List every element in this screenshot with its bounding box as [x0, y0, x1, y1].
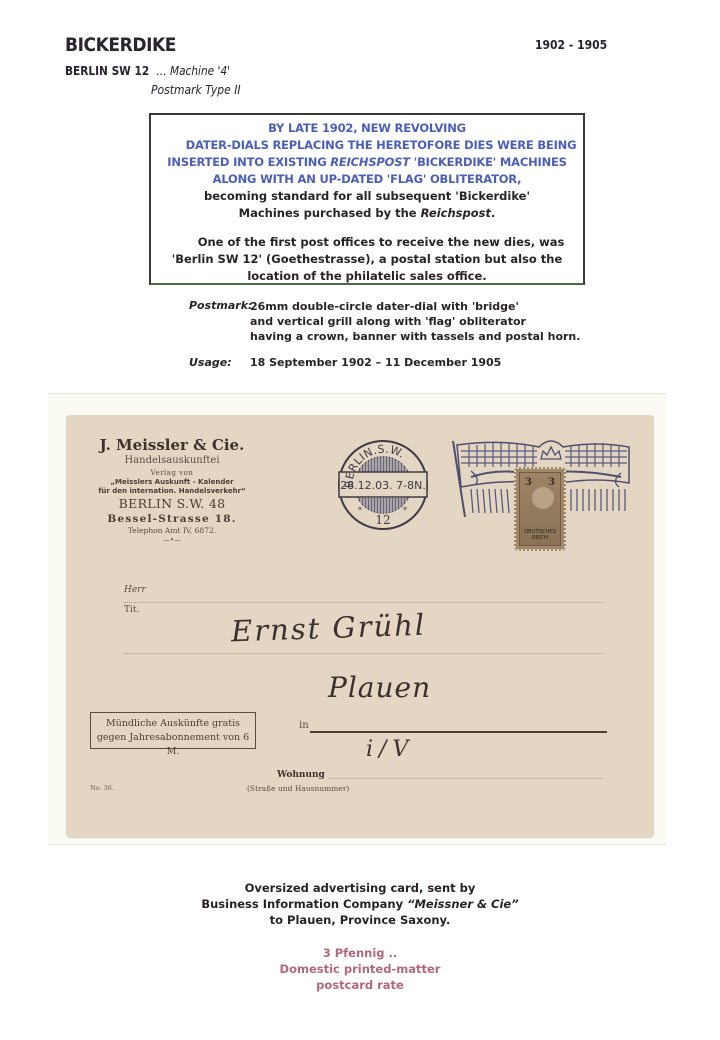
postage-stamp: 3 3 DEUTSCHES REICH — [514, 467, 566, 551]
date-range: 1902 - 1905 — [535, 38, 607, 52]
postmark-line: 26mm double-circle dater-dial with 'brid… — [250, 299, 580, 314]
caption-text: Business Information Company — [201, 897, 407, 911]
info-line: DATER-DIALS REPLACING THE HERETOFORE DIE… — [151, 137, 583, 154]
info-text: INSERTED INTO EXISTING — [167, 155, 330, 169]
rate-line: 3 Pfennig .. — [0, 945, 720, 961]
rate-line: postcard rate — [0, 977, 720, 993]
info-line: ALONG WITH AN UP-DATED 'FLAG' OBLITERATO… — [151, 171, 583, 188]
postcard: J. Meissler & Cie. Handelsauskunftei Ver… — [66, 415, 654, 837]
office-name: BERLIN SW 12 — [65, 64, 149, 78]
usage-dates: 18 September 1902 – 11 December 1905 — [250, 356, 501, 369]
info-text: . — [491, 206, 495, 220]
machine-label: ... Machine '4' — [157, 64, 231, 78]
star-icon: * — [358, 506, 362, 515]
sender-line: „Meisslers Auskunft - Kalender — [88, 479, 256, 486]
star-icon: * — [403, 506, 407, 515]
info-line: Machines purchased by the Reichspost. — [151, 205, 583, 222]
ornament: —•— — [88, 537, 256, 544]
stamp-value: 3 — [525, 477, 532, 488]
ad-line: Mündliche Auskünfte gratis — [91, 717, 255, 731]
info-line: becoming standard for all subsequent 'Bi… — [151, 188, 583, 205]
recipient-name: Ernst Grühl — [230, 608, 426, 649]
info-box: BY LATE 1902, NEW REVOLVING DATER-DIALS … — [149, 113, 585, 285]
sender-imprint: J. Meissler & Cie. Handelsauskunftei Ver… — [88, 438, 256, 544]
postmark-dater-dial-icon: 28.12.03. 7-8N. BERLIN.S.W. 12 * * — [336, 438, 430, 532]
recipient-city: Plauen — [328, 671, 431, 704]
caption-line: Business Information Company “Meissner &… — [0, 896, 720, 912]
caption-line: to Plauen, Province Saxony. — [0, 912, 720, 928]
postmark-description: 26mm double-circle dater-dial with 'brid… — [250, 299, 580, 344]
address-line — [124, 602, 604, 603]
postmark-number: 12 — [375, 513, 390, 527]
wohnung-line — [328, 778, 603, 779]
salutation: Herr — [124, 585, 146, 595]
postmark-line: and vertical grill along with 'flag' obl… — [250, 314, 580, 329]
card-caption: Oversized advertising card, sent by Busi… — [0, 880, 720, 928]
wohnung-sublabel: (Straße und Hausnummer) — [247, 784, 349, 793]
info-emphasis: Reichspost — [421, 206, 491, 220]
info-text: 'BICKERDIKE' MACHINES — [410, 155, 567, 169]
stamp-label: DEUTSCHES REICH — [520, 529, 560, 541]
rate-line: Domestic printed-matter — [0, 961, 720, 977]
germania-portrait-icon — [532, 487, 554, 509]
sender-line: für den internation. Handelsverkehr“ — [88, 488, 256, 495]
postmark-type: Postmark Type II — [151, 83, 241, 97]
caption-emphasis: “Meissner & Cie” — [407, 897, 519, 911]
recipient-region: i/V — [366, 737, 414, 762]
city-line — [310, 731, 607, 733]
sender-street: Bessel-Strasse 18. — [88, 514, 256, 525]
title-abbrev: Tit. — [124, 605, 139, 615]
sender-city: BERLIN S.W. 48 — [88, 498, 256, 511]
form-number: No. 36. — [90, 784, 114, 792]
info-line: One of the first post offices to receive… — [151, 234, 583, 251]
info-line: location of the philatelic sales office. — [151, 268, 583, 285]
subtitle-office: BERLIN SW 12 ... Machine '4' — [65, 64, 230, 78]
stamp-value: 3 — [548, 477, 555, 488]
postmark-line: having a crown, banner with tassels and … — [250, 329, 580, 344]
info-line: 'Berlin SW 12' (Goethestrasse), a postal… — [151, 251, 583, 268]
sender-line: Handelsauskunftei — [88, 456, 256, 466]
sender-firm: J. Meissler & Cie. — [88, 438, 256, 453]
wohnung-label: Wohnung — [277, 770, 325, 780]
caption-line: Oversized advertising card, sent by — [0, 880, 720, 896]
info-emphasis: REICHSPOST — [330, 155, 410, 169]
sender-line: Verlag von — [88, 470, 256, 477]
ad-line: gegen Jahresabonnement von 6 M. — [91, 731, 255, 759]
postage-rate: 3 Pfennig .. Domestic printed-matter pos… — [0, 945, 720, 993]
info-line: INSERTED INTO EXISTING REICHSPOST 'BICKE… — [151, 154, 583, 171]
postmark-label: Postmark: — [189, 299, 252, 312]
sender-phone: Telephon Amt IV, 6872. — [88, 527, 256, 535]
advertisement-box: Mündliche Auskünfte gratis gegen Jahresa… — [90, 712, 256, 749]
address-line — [124, 653, 604, 654]
info-text: Machines purchased by the — [239, 206, 421, 220]
stamp-design: 3 3 DEUTSCHES REICH — [519, 472, 561, 546]
usage-label: Usage: — [189, 356, 232, 369]
in-label: in — [299, 720, 309, 731]
info-line: BY LATE 1902, NEW REVOLVING — [151, 120, 583, 137]
page-title: BICKERDIKE — [65, 34, 176, 56]
